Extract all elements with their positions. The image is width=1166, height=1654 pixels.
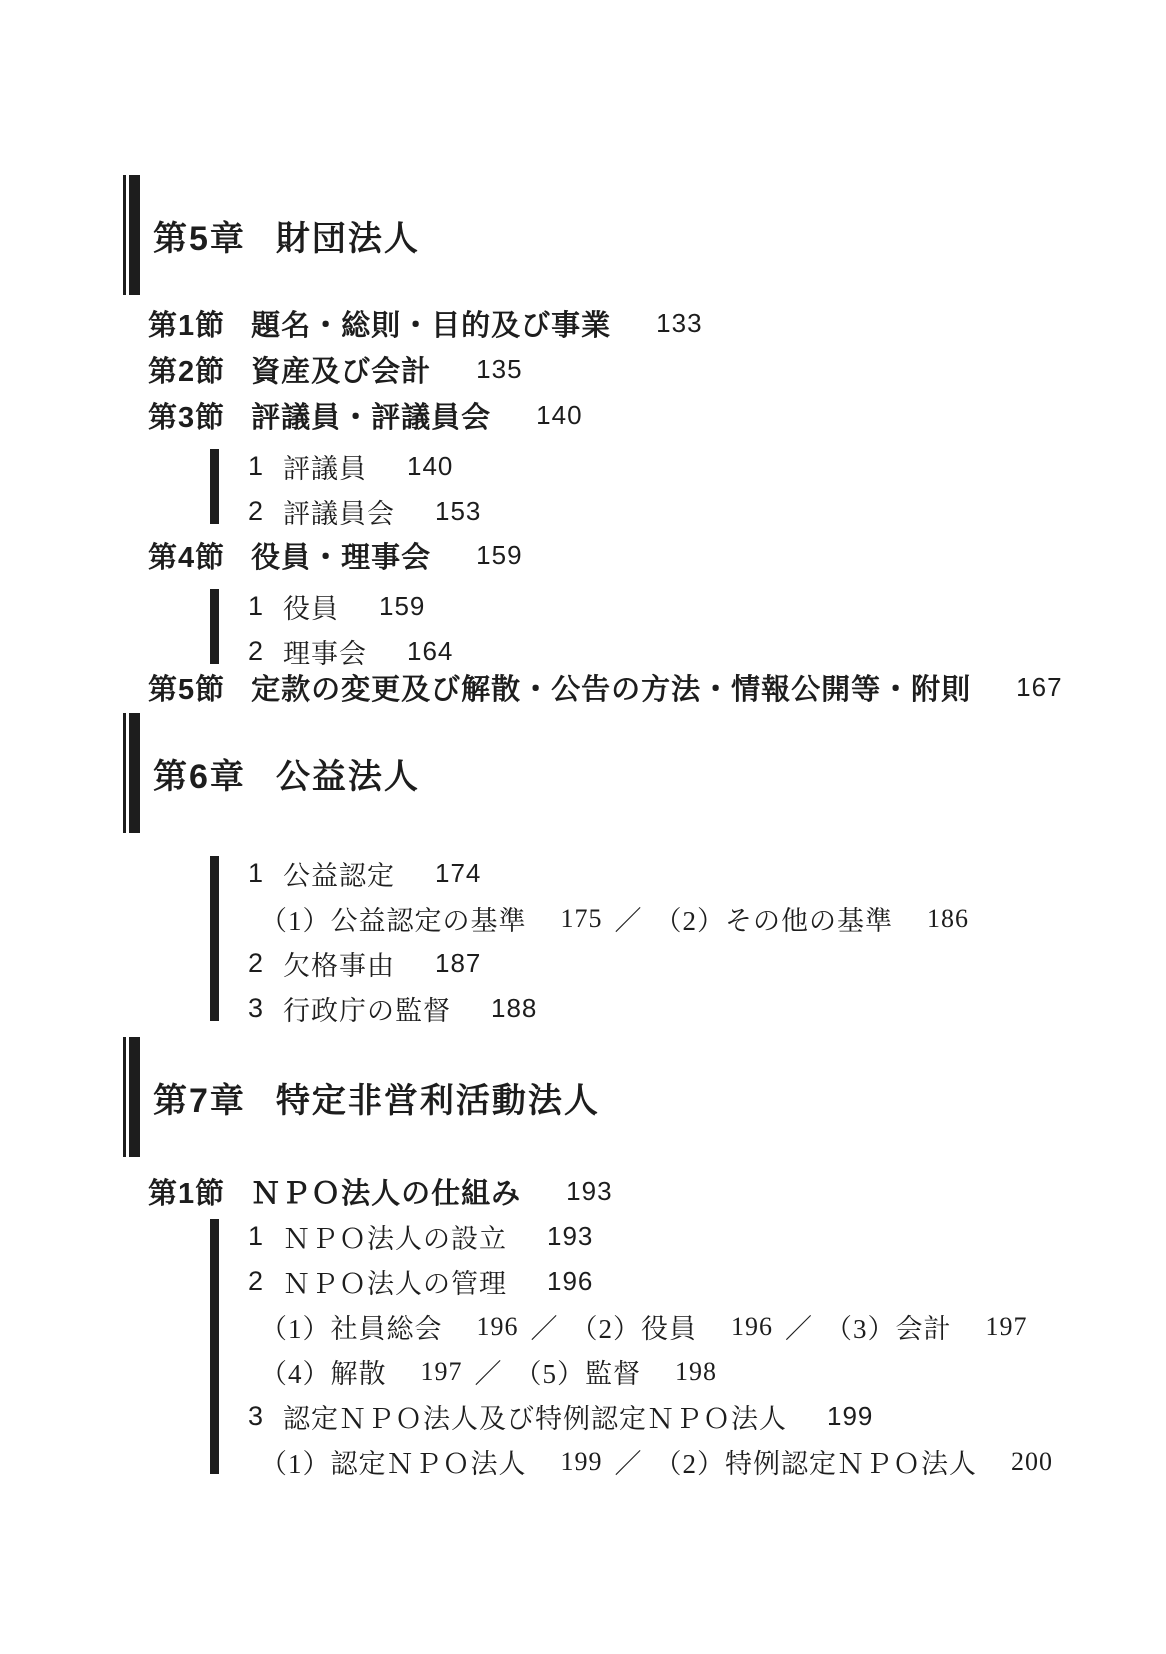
subitem-title: 特例認定ＮＰＯ法人 — [725, 1442, 977, 1481]
item-number: 2 — [248, 1266, 268, 1297]
subitem-title: 会計 — [896, 1307, 952, 1346]
item-title: ＮＰＯ法人の管理 — [283, 1262, 507, 1301]
toc-item-row: 1 公益認定 174 — [248, 851, 969, 896]
chapter-name: 特定非営利活動法人 — [276, 1073, 600, 1122]
section-title: 定款の変更及び解散・公告の方法・情報公開等・附則 — [251, 667, 971, 708]
page-number: 199 — [561, 1447, 603, 1477]
section-title: 資産及び会計 — [251, 349, 431, 390]
toc-subgroup: 1 役員 159 2 理事会 164 — [210, 584, 1166, 674]
page-number: 196 — [731, 1312, 773, 1342]
subitem-title: 公益認定の基準 — [331, 899, 527, 938]
subitem-entry: （4）解散197 — [260, 1352, 463, 1391]
section-label: 第1節 — [148, 1171, 225, 1212]
toc-subgroup: 1 公益認定 174 （1）公益認定の基準175 ／ （2）その他の基準186 … — [210, 851, 1166, 1031]
page-number: 196 — [547, 1266, 593, 1297]
item-title: 行政庁の監督 — [283, 989, 451, 1028]
toc-item-row: 1 役員 159 — [248, 584, 453, 629]
page-number: 133 — [656, 308, 702, 339]
toc-item-row: 3 認定ＮＰＯ法人及び特例認定ＮＰＯ法人 199 — [248, 1394, 1053, 1439]
toc-subgroup: 1 ＮＰＯ法人の設立 193 2 ＮＰＯ法人の管理 196 （1）社員総会196… — [210, 1214, 1166, 1484]
item-number: 3 — [248, 993, 268, 1024]
toc-subitem-row: （1）公益認定の基準175 ／ （2）その他の基準186 — [260, 896, 969, 941]
toc-item-row: 1 ＮＰＯ法人の設立 193 — [248, 1214, 1053, 1259]
item-number: 1 — [248, 858, 268, 889]
chapter-name: 財団法人 — [276, 211, 420, 260]
section-list: 第1節 題名・総則・目的及び事業 133 第2節 資産及び会計 135 第3節 … — [0, 300, 1166, 438]
subitem-label: （1） — [260, 1442, 331, 1481]
subitem-entry: （5）監督198 — [515, 1352, 718, 1391]
section-label: 第3節 — [148, 395, 225, 436]
item-title: 評議員 — [283, 447, 367, 486]
page-number: 186 — [927, 904, 969, 934]
group-accent-bar — [210, 449, 219, 524]
item-title: 認定ＮＰＯ法人及び特例認定ＮＰＯ法人 — [283, 1397, 787, 1436]
subitem-label: （2） — [655, 1442, 726, 1481]
chapter-heading: 第7章 特定非営利活動法人 — [123, 1037, 1166, 1157]
page-number: 153 — [435, 496, 481, 527]
item-number: 2 — [248, 948, 268, 979]
section-title: ＮＰＯ法人の仕組み — [251, 1171, 521, 1212]
item-number: 1 — [248, 591, 268, 622]
separator-slash: ／ — [615, 899, 643, 938]
page-number: 187 — [435, 948, 481, 979]
section-label: 第5節 — [148, 667, 225, 708]
toc-subgroup: 1 評議員 140 2 評議員会 153 — [210, 444, 1166, 534]
subitem-label: （1） — [260, 899, 331, 938]
item-title: 役員 — [283, 587, 339, 626]
toc-subitem-row: （4）解散197 ／ （5）監督198 — [260, 1349, 1053, 1394]
subitem-label: （3） — [825, 1307, 896, 1346]
chapter-title: 第5章 財団法人 — [153, 211, 420, 260]
toc-subitem-row: （1）認定ＮＰＯ法人199 ／ （2）特例認定ＮＰＯ法人200 — [260, 1439, 1053, 1484]
section-label: 第1節 — [148, 303, 225, 344]
group-accent-bar — [210, 589, 219, 664]
item-number: 2 — [248, 496, 268, 527]
chapter-accent-bar — [123, 175, 140, 295]
section-label: 第4節 — [148, 535, 225, 576]
subitem-label: （2） — [571, 1307, 642, 1346]
separator-slash: ／ — [785, 1307, 813, 1346]
subitem-entry: （1）公益認定の基準175 — [260, 899, 603, 938]
item-number: 1 — [248, 1221, 268, 1252]
toc-item-row: 3 行政庁の監督 188 — [248, 986, 969, 1031]
section-title: 役員・理事会 — [251, 535, 431, 576]
subitem-entry: （2）役員196 — [571, 1307, 774, 1346]
toc-section-row: 第1節 ＮＰＯ法人の仕組み 193 — [148, 1168, 1166, 1214]
chapter-title: 第6章 公益法人 — [153, 749, 420, 798]
page-number: 198 — [675, 1357, 717, 1387]
subitem-title: 役員 — [641, 1307, 697, 1346]
subitem-title: 監督 — [585, 1352, 641, 1391]
toc-page: 第5章 財団法人 第1節 題名・総則・目的及び事業 133 第2節 資産及び会計… — [0, 0, 1166, 1654]
chapter-accent-bar — [123, 713, 140, 833]
page-number: 193 — [547, 1221, 593, 1252]
page-number: 188 — [491, 993, 537, 1024]
toc-item-row: 2 ＮＰＯ法人の管理 196 — [248, 1259, 1053, 1304]
page-number: 140 — [407, 451, 453, 482]
subitem-title: 解散 — [331, 1352, 387, 1391]
chapter-number: 第7章 — [153, 1073, 246, 1122]
section-title: 評議員・評議員会 — [251, 395, 491, 436]
toc-section-row: 第5節 定款の変更及び解散・公告の方法・情報公開等・附則 167 — [148, 664, 1166, 710]
page-number: 135 — [476, 354, 522, 385]
toc-section-row: 第1節 題名・総則・目的及び事業 133 — [148, 300, 1166, 346]
subitem-entry: （1）社員総会196 — [260, 1307, 519, 1346]
subitem-entry: （2）特例認定ＮＰＯ法人200 — [655, 1442, 1054, 1481]
separator-slash: ／ — [531, 1307, 559, 1346]
toc-section-row: 第2節 資産及び会計 135 — [148, 346, 1166, 392]
group-accent-bar — [210, 1219, 219, 1474]
chapter-title: 第7章 特定非営利活動法人 — [153, 1073, 600, 1122]
toc-subitem-row: （1）社員総会196 ／ （2）役員196 ／ （3）会計197 — [260, 1304, 1053, 1349]
toc-item-row: 1 評議員 140 — [248, 444, 481, 489]
chapter-accent-bar — [123, 1037, 140, 1157]
item-number: 3 — [248, 1401, 268, 1432]
page-number: 159 — [379, 591, 425, 622]
chapter-number: 第6章 — [153, 749, 246, 798]
separator-slash: ／ — [475, 1352, 503, 1391]
toc-section-row: 第4節 役員・理事会 159 — [148, 532, 1166, 578]
toc-section-row: 第3節 評議員・評議員会 140 — [148, 392, 1166, 438]
subitem-title: その他の基準 — [725, 899, 893, 938]
subitem-title: 認定ＮＰＯ法人 — [331, 1442, 527, 1481]
page-number: 140 — [536, 400, 582, 431]
section-label: 第2節 — [148, 349, 225, 390]
section-title: 題名・総則・目的及び事業 — [251, 303, 611, 344]
chapter-name: 公益法人 — [276, 749, 420, 798]
item-title: 欠格事由 — [283, 944, 395, 983]
toc-item-row: 2 欠格事由 187 — [248, 941, 969, 986]
item-title: 公益認定 — [283, 854, 395, 893]
page-number: 200 — [1011, 1447, 1053, 1477]
subitem-title: 社員総会 — [331, 1307, 443, 1346]
page-number: 167 — [1016, 672, 1062, 703]
page-number: 196 — [477, 1312, 519, 1342]
page-number: 197 — [986, 1312, 1028, 1342]
chapter-heading: 第5章 財団法人 — [123, 175, 1166, 295]
subitem-entry: （3）会計197 — [825, 1307, 1028, 1346]
page-number: 193 — [566, 1176, 612, 1207]
item-number: 1 — [248, 451, 268, 482]
page-number: 199 — [827, 1401, 873, 1432]
separator-slash: ／ — [615, 1442, 643, 1481]
subitem-label: （5） — [515, 1352, 586, 1391]
subitem-entry: （2）その他の基準186 — [655, 899, 970, 938]
page-number: 159 — [476, 540, 522, 571]
group-accent-bar — [210, 856, 219, 1021]
toc-item-row: 2 評議員会 153 — [248, 489, 481, 534]
subitem-label: （4） — [260, 1352, 331, 1391]
item-title: ＮＰＯ法人の設立 — [283, 1217, 507, 1256]
item-title: 評議員会 — [283, 492, 395, 531]
item-number: 2 — [248, 636, 268, 667]
page-number: 164 — [407, 636, 453, 667]
chapter-number: 第5章 — [153, 211, 246, 260]
chapter-heading: 第6章 公益法人 — [123, 713, 1166, 833]
subitem-label: （1） — [260, 1307, 331, 1346]
page-number: 175 — [561, 904, 603, 934]
page-number: 197 — [421, 1357, 463, 1387]
page-number: 174 — [435, 858, 481, 889]
subitem-entry: （1）認定ＮＰＯ法人199 — [260, 1442, 603, 1481]
subitem-label: （2） — [655, 899, 726, 938]
